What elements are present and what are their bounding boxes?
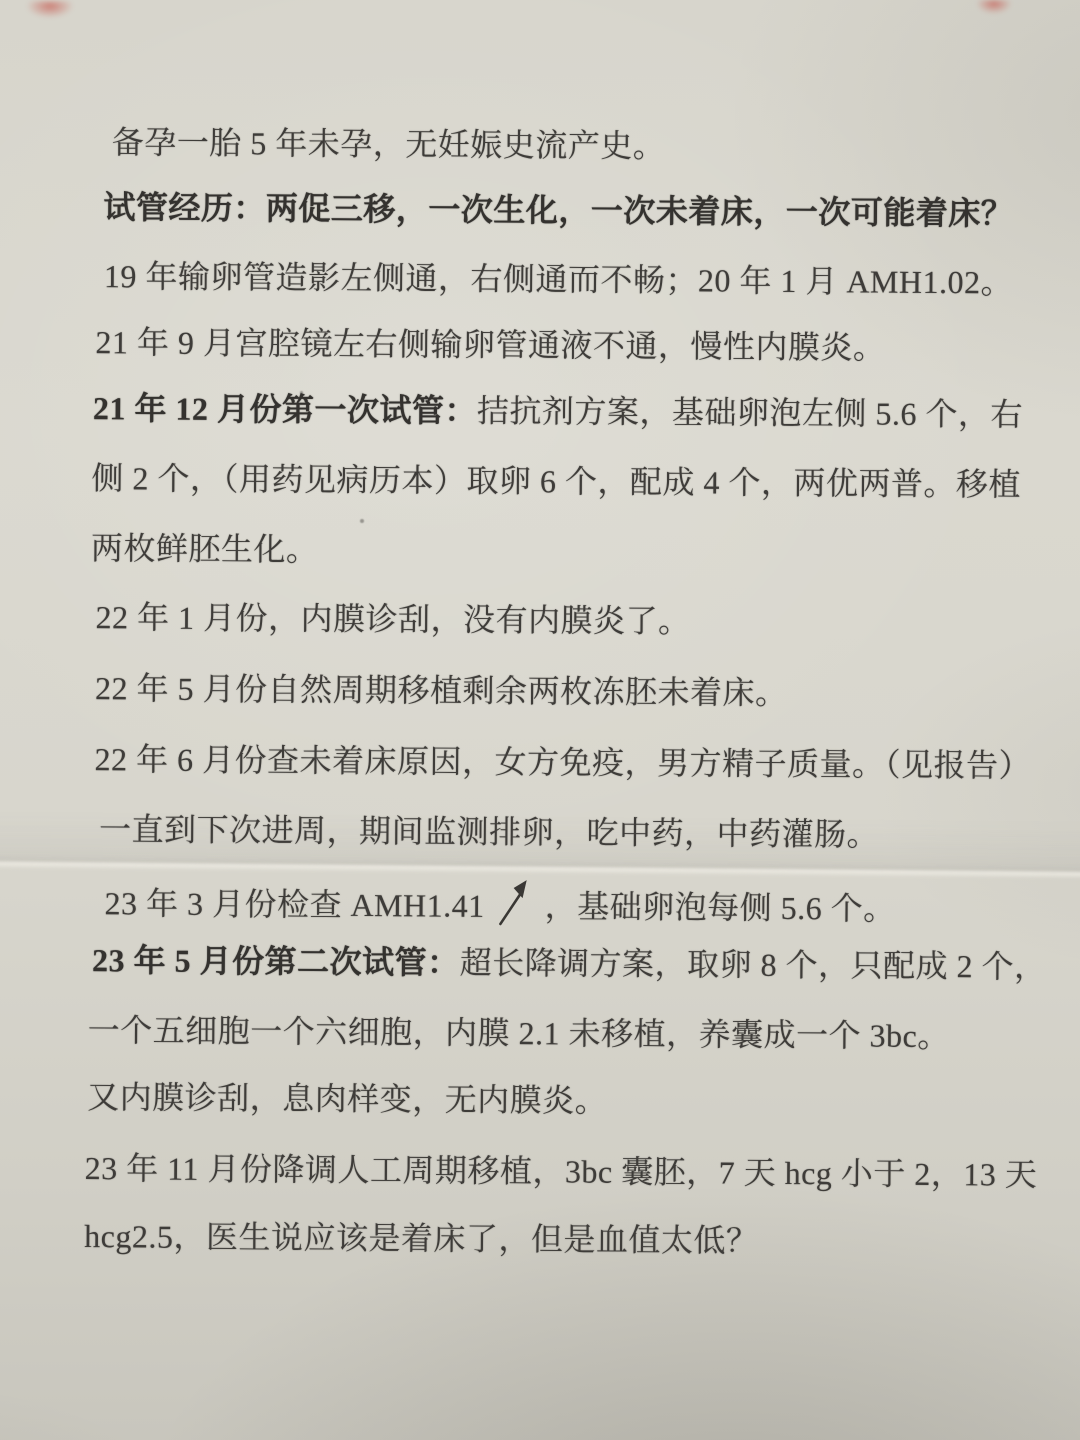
line-text: ，基础卵泡每侧 5.6 个。 [545,888,896,926]
line-text: 22 年 1 月份，内膜诊刮，没有内膜炎了。 [95,599,690,639]
document-line: 一直到下次进周，期间监测排卵，吃中药，中药灌肠。 [99,809,879,854]
document-line: 21 年 12 月份第一次试管：拮抗剂方案，基础卵泡左侧 5.6 个，右 [93,388,1023,434]
line-text: 拮抗剂方案，基础卵泡左侧 5.6 个，右 [477,393,1023,433]
handwritten-up-arrow-icon [493,877,535,927]
line-text: 22 年 6 月份查未着床原因，女方免疫，男方精子质量。（见报告） [94,741,1031,784]
line-text: 一个五细胞一个六细胞，内膜 2.1 未移植，养囊成一个 3bc。 [88,1012,950,1054]
document-line: 备孕一胎 5 年未孕，无妊娠史流产史。 [112,122,666,166]
line-text: 23 年 3 月份检查 AMH1.41 [104,885,484,924]
document-line: 22 年 5 月份自然周期移植剩余两枚冻胚未着床。 [95,668,788,713]
line-text: 超长降调方案，取卵 8 个，只配成 2 个， [460,945,1047,985]
line-text: 一直到下次进周，期间监测排卵，吃中药，中药灌肠。 [99,811,879,852]
line-text: 23 年 11 月份降调人工周期移植，3bc 囊胚，7 天 hcg 小于 2，1… [85,1150,1038,1193]
document-line: hcg2.5，医生说应该是着床了，但是血值太低？ [84,1216,758,1261]
line-text: 22 年 5 月份自然周期移植剩余两枚冻胚未着床。 [95,670,788,711]
line-text: 试管经历：两促三移，一次生化，一次未着床，一次可能着床？ [103,189,1013,231]
line-text: 备孕一胎 5 年未孕，无妊娠史流产史。 [112,124,666,164]
document-line: 19 年输卵管造影左侧通，右侧通而不畅；20 年 1 月 AMH1.02。 [104,256,1013,302]
document-line: 23 年 11 月份降调人工周期移植，3bc 囊胚，7 天 hcg 小于 2，1… [85,1148,1038,1195]
line-text: 21 年 9 月宫腔镜左右侧输卵管通液不通，慢性内膜炎。 [95,324,885,366]
document-line: 23 年 3 月份检查 AMH1.41，基础卵泡每侧 5.6 个。 [104,874,896,930]
document-line: 试管经历：两促三移，一次生化，一次未着床，一次可能着床？ [103,187,1013,233]
line-text: 19 年输卵管造影左侧通，右侧通而不畅；20 年 1 月 AMH1.02。 [104,258,1013,300]
line-text: 侧 2 个，（用药见病历本）取卵 6 个，配成 4 个，两优两普。移植 [91,460,1021,502]
document-line: 22 年 1 月份，内膜诊刮，没有内膜炎了。 [95,597,690,641]
line-text: 又内膜诊刮，息肉样变，无内膜炎。 [87,1079,607,1119]
line-heading: 21 年 12 月份第一次试管： [93,390,477,429]
document-line: 22 年 6 月份查未着床原因，女方免疫，男方精子质量。（见报告） [94,739,1031,786]
document-line: 21 年 9 月宫腔镜左右侧输卵管通液不通，慢性内膜炎。 [95,322,885,368]
document-line: 一个五细胞一个六细胞，内膜 2.1 未移植，养囊成一个 3bc。 [88,1010,950,1056]
line-text: hcg2.5，医生说应该是着床了，但是血值太低？ [84,1218,758,1259]
document-line: 又内膜诊刮，息肉样变，无内膜炎。 [87,1077,607,1121]
document-line: 侧 2 个，（用药见病历本）取卵 6 个，配成 4 个，两优两普。移植 [91,458,1021,504]
line-heading: 23 年 5 月份第二次试管： [92,942,460,981]
photographed-document-page: 备孕一胎 5 年未孕，无妊娠史流产史。 试管经历：两促三移，一次生化，一次未着床… [0,0,1080,1440]
document-line: 23 年 5 月份第二次试管：超长降调方案，取卵 8 个，只配成 2 个， [92,940,1047,987]
line-text: 两枚鲜胚生化。 [91,530,319,568]
document-text: 备孕一胎 5 年未孕，无妊娠史流产史。 试管经历：两促三移，一次生化，一次未着床… [0,0,1080,1440]
document-line: 两枚鲜胚生化。 [91,528,319,570]
